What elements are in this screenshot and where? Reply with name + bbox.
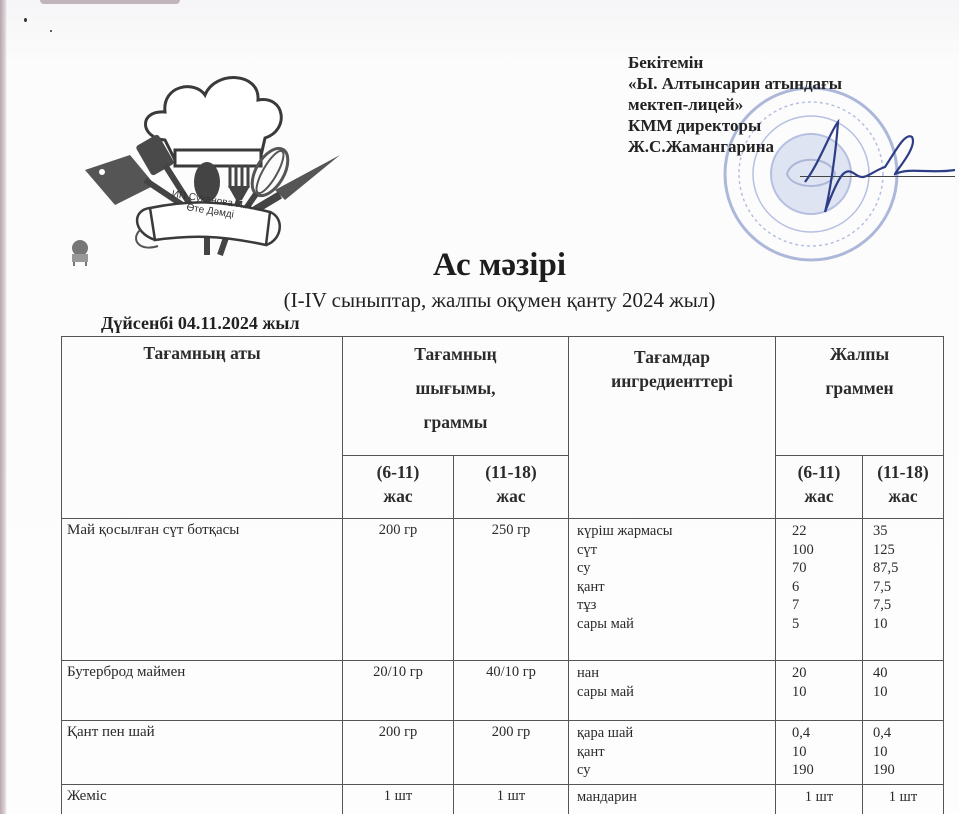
- menu-table: Тағамның аты Тағамның шығымы, граммы Тағ…: [61, 336, 944, 814]
- header-total-line: граммен: [776, 371, 943, 405]
- grams-6-11-item: 22: [792, 522, 862, 541]
- grams-11-18-item: 7,5: [873, 578, 943, 597]
- grams-11-18: 4010: [863, 661, 944, 721]
- ingredients: нансары май: [569, 661, 776, 721]
- yield-11-18: 40/10 гр: [454, 661, 569, 721]
- grams-6-11-item: 190: [792, 761, 862, 780]
- dish-name: Жеміс: [62, 785, 343, 814]
- grams-11-18-item: 40: [873, 664, 943, 683]
- grams-6-11: 2210070675: [776, 519, 863, 661]
- grams-6-11-item: 20: [792, 664, 862, 683]
- menu-date: Дүйсенбі 04.11.2024 жыл: [101, 313, 300, 334]
- grams-11-18-item: 0,4: [873, 724, 943, 743]
- grams-11-18: 0,410190: [863, 721, 944, 785]
- ingredients-item: қара шай: [577, 724, 775, 743]
- yield-6-11: 200 гр: [343, 519, 454, 661]
- yield-11-18: 1 шт: [454, 785, 569, 814]
- header-dish-name: Тағамның аты: [62, 337, 343, 519]
- grams-11-18-item: 10: [873, 743, 943, 762]
- header-total-age-6-11: (6-11) жас: [776, 456, 863, 519]
- grams-11-18: 1 шт: [863, 785, 944, 814]
- header-total-line: Жалпы: [776, 337, 943, 371]
- header-ingredients-line: ингредиенттері: [569, 369, 775, 393]
- yield-6-11: 20/10 гр: [343, 661, 454, 721]
- ingredients: қара шайқантсу: [569, 721, 776, 785]
- header-yield-age-6-11: (6-11) жас: [343, 456, 454, 519]
- age-label: жас: [863, 484, 943, 508]
- chef-logo: ИП Суханова И.А Өте Дәмді: [70, 60, 350, 260]
- dish-name: Бутерброд маймен: [62, 661, 343, 721]
- grams-6-11: 1 шт: [776, 785, 863, 814]
- table-row: Бутерброд маймен20/10 гр40/10 грнансары …: [62, 661, 944, 721]
- header-total-grams: Жалпы граммен: [776, 337, 944, 456]
- header-yield-age-11-18: (11-18) жас: [454, 456, 569, 519]
- grams-11-18-item: 190: [873, 761, 943, 780]
- ingredients-item: сүт: [577, 541, 775, 560]
- yield-6-11: 200 гр: [343, 721, 454, 785]
- age-range: (6-11): [776, 460, 862, 484]
- table-row: Қант пен шай200 гр200 грқара шайқантсу0,…: [62, 721, 944, 785]
- ingredients: күріш жармасысүтсуқанттұзсары май: [569, 519, 776, 661]
- grams-6-11: 2010: [776, 661, 863, 721]
- grams-6-11-item: 6: [792, 578, 862, 597]
- grams-11-18-item: 1 шт: [863, 788, 943, 807]
- dish-name: Май қосылған сүт ботқасы: [62, 519, 343, 661]
- age-range: (11-18): [454, 460, 568, 484]
- ingredients-item: мандарин: [577, 788, 775, 807]
- document-page: ИП Суханова И.А Өте Дәмді Бекітемін «Ы. …: [0, 0, 959, 814]
- grams-6-11-item: 10: [792, 743, 862, 762]
- table-row: Жеміс1 шт1 штмандарин1 шт1 шт: [62, 785, 944, 814]
- grams-11-18-item: 7,5: [873, 596, 943, 615]
- table-header-row: Тағамның аты Тағамның шығымы, граммы Тағ…: [62, 337, 944, 456]
- menu-table-body: Май қосылған сүт ботқасы200 гр250 гркүрі…: [62, 519, 944, 814]
- header-yield-line: шығымы,: [343, 371, 568, 405]
- grams-6-11-item: 10: [792, 683, 862, 702]
- page-edge-shadow: [0, 0, 7, 814]
- dish-name: Қант пен шай: [62, 721, 343, 785]
- grams-6-11-item: 0,4: [792, 724, 862, 743]
- page-subtitle: (I-IV сыныптар, жалпы оқумен қанту 2024 …: [0, 288, 959, 313]
- paper-fold-shadow: [40, 0, 180, 4]
- grams-11-18-item: 125: [873, 541, 943, 560]
- grams-11-18-item: 87,5: [873, 559, 943, 578]
- grams-11-18-item: 35: [873, 522, 943, 541]
- ingredients-item: тұз: [577, 596, 775, 615]
- ingredients-item: сары май: [577, 615, 775, 634]
- ingredients-item: нан: [577, 664, 775, 683]
- header-ingredients-line: Тағамдар: [569, 345, 775, 369]
- grams-11-18: 3512587,57,57,510: [863, 519, 944, 661]
- ingredients: мандарин: [569, 785, 776, 814]
- age-label: жас: [454, 484, 568, 508]
- grams-6-11-item: 5: [792, 615, 862, 634]
- ingredients-item: қант: [577, 578, 775, 597]
- header-yield-line: граммы: [343, 405, 568, 439]
- approval-line: Бекітемін: [628, 52, 842, 73]
- grams-6-11-item: 100: [792, 541, 862, 560]
- grams-6-11: 0,410190: [776, 721, 863, 785]
- approval-line: «Ы. Алтынсарин атындағы: [628, 73, 842, 94]
- ingredients-item: қант: [577, 743, 775, 762]
- signature-icon: [800, 112, 959, 222]
- grams-6-11-item: 70: [792, 559, 862, 578]
- header-ingredients: Тағамдар ингредиенттері: [569, 337, 776, 519]
- yield-11-18: 200 гр: [454, 721, 569, 785]
- ingredients-item: су: [577, 559, 775, 578]
- grams-11-18-item: 10: [873, 615, 943, 634]
- age-range: (6-11): [343, 460, 453, 484]
- yield-6-11: 1 шт: [343, 785, 454, 814]
- age-label: жас: [776, 484, 862, 508]
- header-yield: Тағамның шығымы, граммы: [343, 337, 569, 456]
- yield-11-18: 250 гр: [454, 519, 569, 661]
- header-total-age-11-18: (11-18) жас: [863, 456, 944, 519]
- grams-6-11-item: 7: [792, 596, 862, 615]
- dust-speck: [24, 18, 27, 22]
- ingredients-item: сары май: [577, 683, 775, 702]
- age-label: жас: [343, 484, 453, 508]
- grams-11-18-item: 10: [873, 683, 943, 702]
- table-row: Май қосылған сүт ботқасы200 гр250 гркүрі…: [62, 519, 944, 661]
- ingredients-item: су: [577, 761, 775, 780]
- grams-6-11-item: 1 шт: [776, 788, 862, 807]
- ingredients-item: күріш жармасы: [577, 522, 775, 541]
- age-range: (11-18): [863, 460, 943, 484]
- chef-hat-utensils-icon: [70, 60, 350, 260]
- dust-speck: [50, 30, 52, 32]
- header-yield-line: Тағамның: [343, 337, 568, 371]
